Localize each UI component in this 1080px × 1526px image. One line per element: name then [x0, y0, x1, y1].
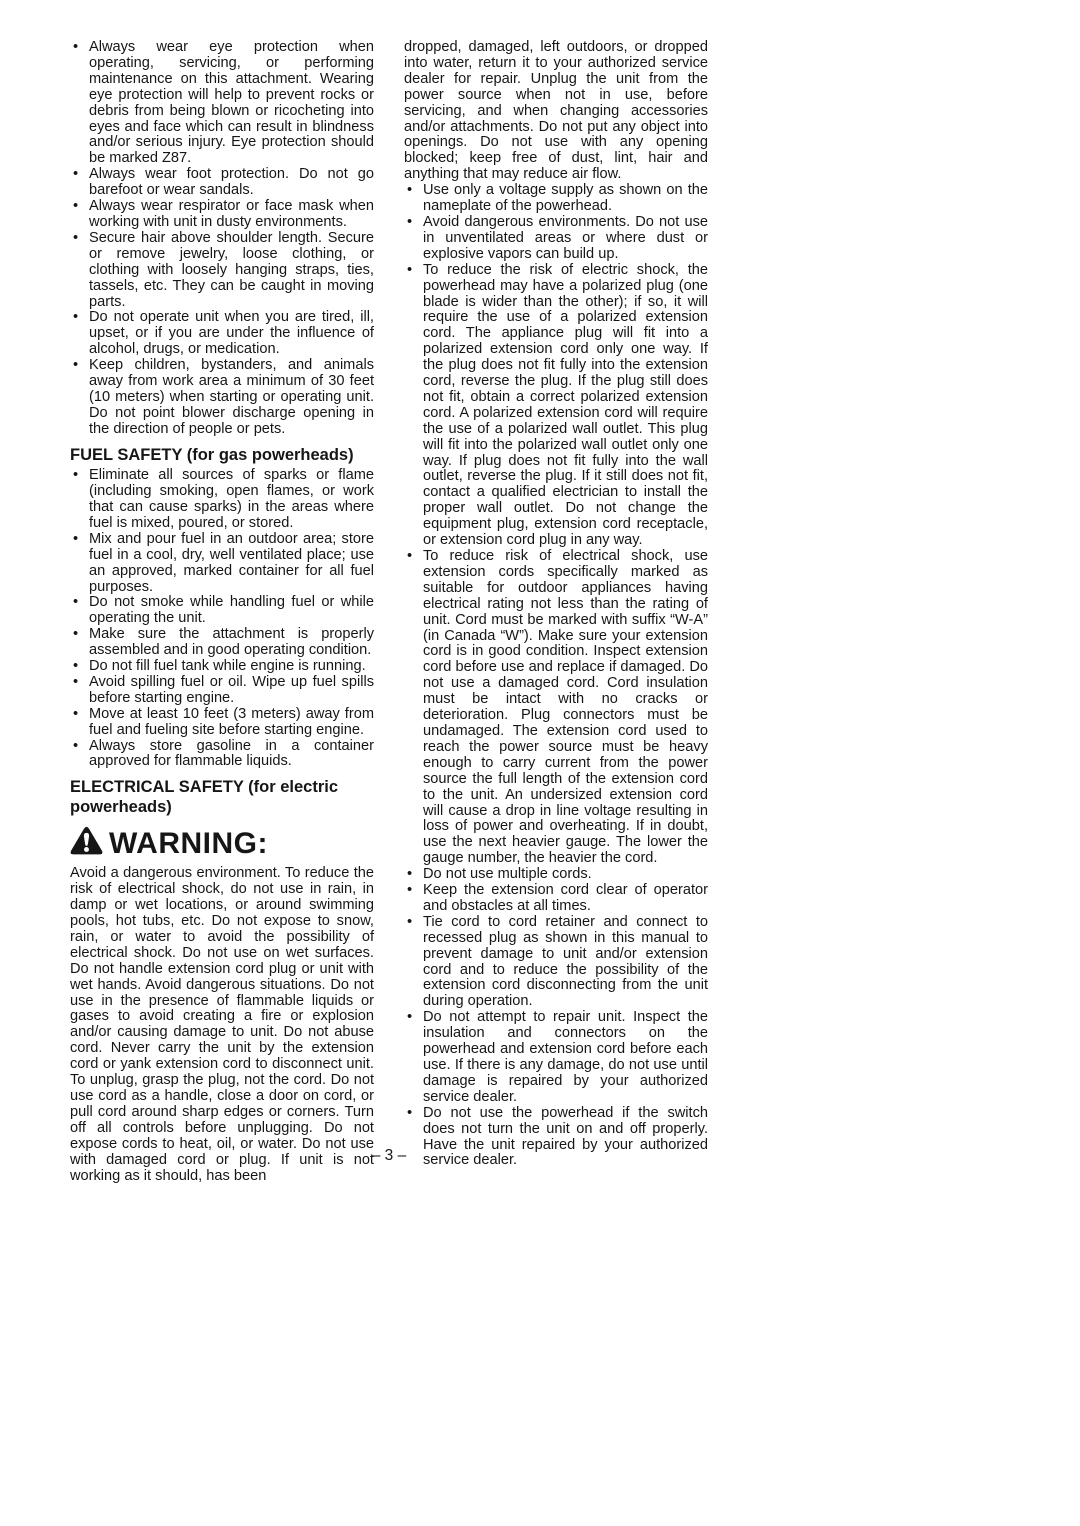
list-item: Avoid dangerous environments. Do not use…: [404, 215, 708, 263]
list-item: Move at least 10 feet (3 meters) away fr…: [70, 707, 374, 739]
manual-page: Always wear eye protection when operatin…: [0, 0, 1080, 1526]
electrical-safety-heading: ELECTRICAL SAFETY (for electric powerhea…: [70, 778, 374, 817]
left-column: Always wear eye protection when operatin…: [70, 40, 374, 1184]
list-item: Keep children, bystanders, and animals a…: [70, 358, 374, 438]
electrical-warning-paragraph: Avoid a dangerous environment. To reduce…: [70, 866, 374, 1184]
list-item: Make sure the attachment is properly ass…: [70, 627, 374, 659]
list-item: Use only a voltage supply as shown on th…: [404, 183, 708, 215]
general-safety-list: Always wear eye protection when operatin…: [70, 40, 374, 438]
electrical-safety-list: Use only a voltage supply as shown on th…: [404, 183, 708, 1169]
right-column: dropped, damaged, left outdoors, or drop…: [404, 40, 708, 1184]
list-item: Do not attempt to repair unit. Inspect t…: [404, 1010, 708, 1105]
fuel-safety-heading: FUEL SAFETY (for gas powerheads): [70, 446, 374, 466]
page-number: – 3 –: [70, 1147, 708, 1165]
page-content: Always wear eye protection when operatin…: [70, 40, 708, 1184]
list-item: Avoid spilling fuel or oil. Wipe up fuel…: [70, 675, 374, 707]
list-item: To reduce the risk of electric shock, th…: [404, 263, 708, 549]
electrical-warning-continuation: dropped, damaged, left outdoors, or drop…: [404, 40, 708, 183]
list-item: Do not smoke while handling fuel or whil…: [70, 595, 374, 627]
list-item: Keep the extension cord clear of operato…: [404, 883, 708, 915]
warning-triangle-icon: [70, 826, 103, 861]
list-item: Do not fill fuel tank while engine is ru…: [70, 659, 374, 675]
list-item: Do not operate unit when you are tired, …: [70, 310, 374, 358]
list-item: Secure hair above shoulder length. Secur…: [70, 231, 374, 311]
list-item: Always wear foot protection. Do not go b…: [70, 167, 374, 199]
list-item: Always wear respirator or face mask when…: [70, 199, 374, 231]
list-item: Always store gasoline in a container app…: [70, 739, 374, 771]
list-item: To reduce risk of electrical shock, use …: [404, 549, 708, 867]
warning-header: WARNING:: [70, 826, 374, 861]
fuel-safety-list: Eliminate all sources of sparks or flame…: [70, 468, 374, 770]
list-item: Do not use multiple cords.: [404, 867, 708, 883]
warning-label: WARNING:: [109, 828, 268, 860]
list-item: Eliminate all sources of sparks or flame…: [70, 468, 374, 532]
list-item: Mix and pour fuel in an outdoor area; st…: [70, 532, 374, 596]
list-item: Tie cord to cord retainer and connect to…: [404, 915, 708, 1010]
list-item: Always wear eye protection when operatin…: [70, 40, 374, 167]
